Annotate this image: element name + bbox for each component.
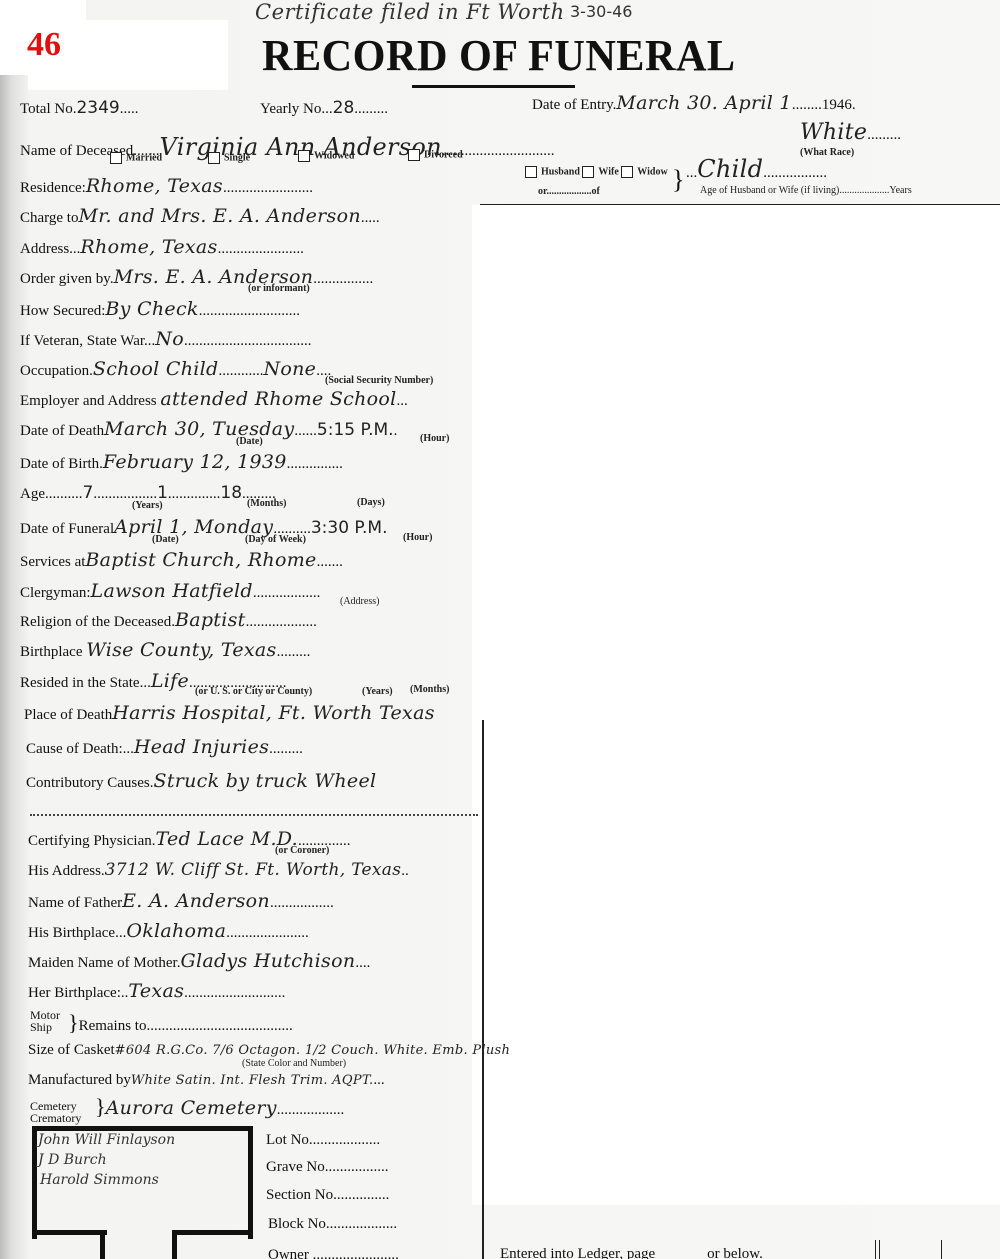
field-block-no: Block No................... (268, 1216, 397, 1233)
hour-caption: (Hour) (420, 433, 449, 444)
field-charge-to: Charge toMr. and Mrs. E. A. Anderson....… (20, 205, 380, 227)
field-occupation: Occupation.School Child............None.… (20, 358, 331, 380)
box-edge (172, 1230, 177, 1259)
field-his-address: His Address.3712 W. Cliff St. Ft. Worth,… (28, 860, 409, 880)
widow-checkbox[interactable] (621, 166, 633, 178)
field-remains-to: }Remains to.............................… (68, 1010, 293, 1036)
field-veteran: If Veteran, State War...No..............… (20, 328, 311, 350)
days-caption: (Days) (357, 497, 385, 508)
certificate-annotation: Certificate filed in Ft Worth (255, 0, 565, 24)
status-married[interactable]: Married (110, 152, 162, 164)
field-cause-of-death: Cause of Death:...Head Injuries......... (26, 736, 303, 758)
widowed-checkbox[interactable] (298, 150, 310, 162)
field-employer: Employer and Address attended Rhome Scho… (20, 388, 408, 410)
ssn-caption: (Social Security Number) (325, 375, 433, 386)
title-underline (412, 85, 575, 88)
relation-options: Husband Wife Widow (525, 166, 668, 178)
pallbearer-2: J D Burch (38, 1152, 107, 1168)
field-manufactured-by: Manufactured byWhite Satin. Int. Flesh T… (28, 1072, 385, 1089)
field-clergyman: Clergyman:Lawson Hatfield...............… (20, 580, 320, 602)
divorced-checkbox[interactable] (408, 149, 420, 161)
pallbearer-1: John Will Finlayson (38, 1132, 175, 1148)
ledger-rule (941, 1240, 942, 1259)
years-caption: (Years) (132, 500, 163, 511)
age-spouse-label: Age of Husband or Wife (if living)......… (700, 185, 912, 196)
brace: } (672, 165, 684, 195)
yearly-no-label: Yearly No. (260, 101, 325, 117)
coroner-caption: (or Coroner) (275, 845, 329, 856)
total-no-value: 2349 (76, 98, 119, 118)
field-casket: Size of Casket#604 R.G.Co. 7/6 Octagon. … (28, 1042, 510, 1059)
field-date-of-funeral: Date of FuneralApril 1, Monday..........… (20, 516, 388, 538)
entry-year: 1946. (822, 97, 856, 113)
field-contributory-causes: Contributory Causes.Struck by truck Whee… (26, 770, 376, 792)
field-his-birthplace: His Birthplace...Oklahoma...............… (28, 920, 309, 942)
field-date-of-birth: Date of Birth.February 12, 1939.........… (20, 451, 343, 473)
motor-ship-label: MotorShip (30, 1009, 60, 1033)
address-caption: (Address) (340, 596, 379, 607)
status-single[interactable]: Single (208, 152, 250, 164)
total-no-label: Total No. (20, 101, 76, 117)
funeral-hour-caption: (Hour) (403, 532, 432, 543)
field-grave-no: Grave No................. (266, 1159, 388, 1176)
relation-field: ...Child................. (686, 155, 827, 183)
total-no-field: Total No.2349..... (20, 98, 138, 118)
page-title: RECORD OF FUNERAL (262, 30, 736, 81)
race-field: White......... (800, 120, 901, 145)
section-rule (480, 204, 1000, 205)
day-of-week-caption: (Day of Week) (245, 534, 306, 545)
field-lot-no: Lot No................... (266, 1132, 380, 1149)
field-cemetery: }Aurora Cemetery.................. (95, 1094, 344, 1120)
date-entry-value: March 30. April 1 (616, 92, 791, 114)
status-divorced[interactable]: Divorced (408, 149, 463, 161)
color-number-caption: (State Color and Number) (242, 1058, 346, 1069)
date-entry-label: Date of Entry. (532, 97, 616, 113)
field-mother: Maiden Name of Mother.Gladys Hutchison..… (28, 950, 370, 972)
resided-years-caption: (Years) (362, 686, 393, 697)
field-section-no: Section No............... (266, 1187, 389, 1204)
column-rule (482, 720, 484, 1259)
months-caption: (Months) (247, 498, 286, 509)
single-checkbox[interactable] (208, 152, 220, 164)
field-how-secured: How Secured:By Check....................… (20, 298, 300, 320)
annotation-date: 3-30-46 (570, 2, 632, 21)
box-edge (172, 1230, 248, 1235)
field-residence: Residence:Rhome, Texas..................… (20, 175, 313, 197)
cemetery-crematory-label: CemeteryCrematory (30, 1100, 81, 1124)
redacted-area (472, 205, 1000, 1205)
field-father: Name of FatherE. A. Anderson............… (28, 890, 334, 912)
relation-value: Child (697, 155, 763, 183)
deceased-name-field: Name of Deceased.......Virginia Ann Ande… (20, 133, 554, 161)
field-place-of-death: Place of DeathHarris Hospital, Ft. Worth… (24, 702, 435, 724)
city-county-caption: (or U. S. or City or County) (195, 686, 312, 697)
field-birthplace: Birthplace Wise County, Texas......... (20, 639, 310, 661)
box-edge (32, 1230, 107, 1235)
field-her-birthplace: Her Birthplace:..Texas..................… (28, 980, 285, 1002)
race-value: White (800, 120, 867, 145)
blank-line (30, 812, 478, 816)
or-of-line: or..................of (538, 186, 600, 197)
field-date-of-death: Date of DeathMarch 30, Tuesday......5:15… (20, 418, 397, 440)
ledger-line: Entered into Ledger, pageor below. (500, 1246, 763, 1259)
ledger-rule (875, 1240, 876, 1259)
funeral-date-caption: (Date) (152, 534, 179, 545)
date-caption: (Date) (236, 436, 263, 447)
status-widowed[interactable]: Widowed (298, 150, 354, 162)
field-owner: Owner ....................... (268, 1247, 399, 1259)
ledger-rule (879, 1240, 880, 1259)
field-services-at: Services atBaptist Church, Rhome....... (20, 549, 343, 571)
yearly-no-field: Yearly No...28......... (260, 98, 388, 118)
informant-caption: (or informant) (248, 283, 310, 294)
funeral-record-page: 46 Certificate filed in Ft Worth 3-30-46… (0, 0, 1000, 1259)
box-edge (100, 1230, 105, 1259)
married-checkbox[interactable] (110, 152, 122, 164)
wife-checkbox[interactable] (582, 166, 594, 178)
husband-checkbox[interactable] (525, 166, 537, 178)
page-number: 46 (27, 26, 61, 64)
field-order-given-by: Order given by.Mrs. E. A. Anderson......… (20, 266, 373, 288)
pallbearer-3: Harold Simmons (40, 1172, 159, 1188)
yearly-no-value: 28 (333, 98, 355, 118)
field-religion: Religion of the Deceased.Baptist........… (20, 609, 317, 631)
date-of-entry-field: Date of Entry.March 30. April 1........1… (532, 92, 856, 114)
field-address: Address...Rhome, Texas..................… (20, 236, 304, 258)
resided-months-caption: (Months) (410, 684, 449, 695)
